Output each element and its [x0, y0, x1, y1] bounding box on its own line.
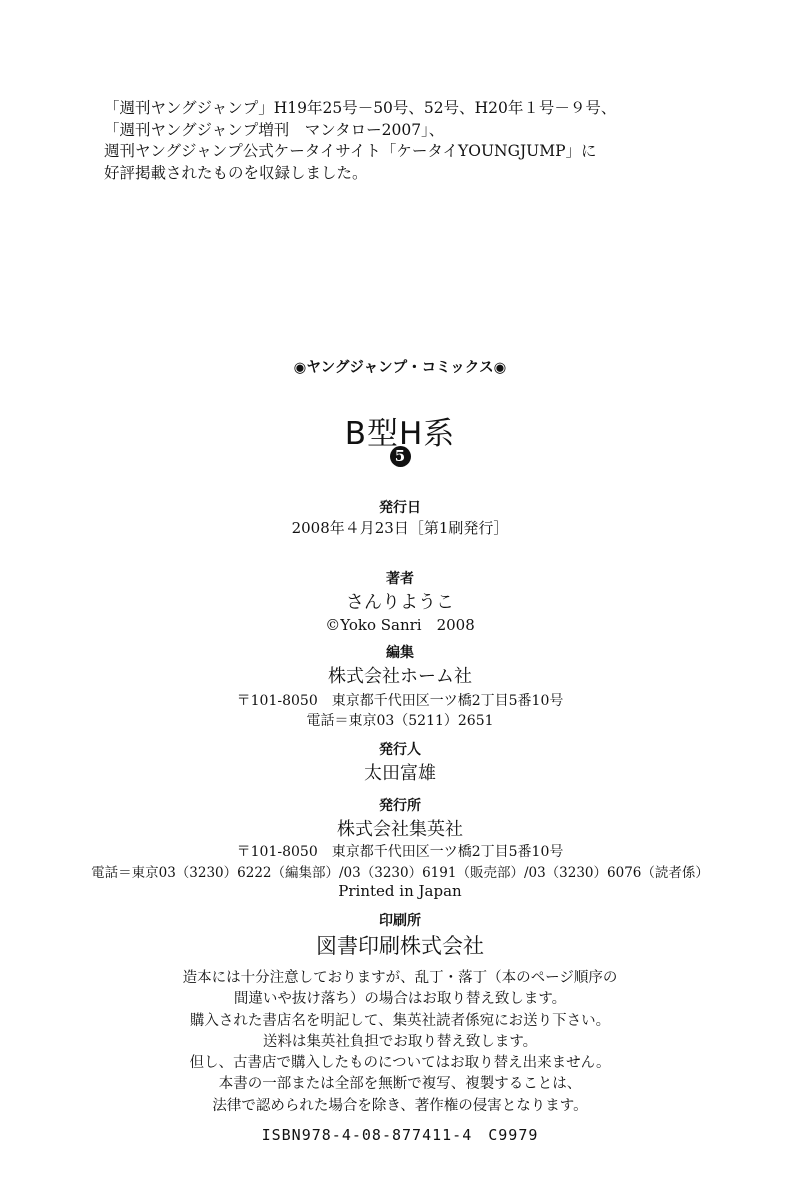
notice-line: 送料は集英社負担でお取り替え致します。	[0, 1032, 800, 1053]
printed-in: Printed in Japan	[0, 882, 800, 900]
author-copyright: ©Yoko Sanri 2008	[0, 614, 800, 635]
publication-date-label: 発行日	[0, 497, 800, 517]
notice-line: 購入された書店名を明記して、集英社読者係宛にお送り下さい。	[0, 1011, 800, 1032]
isbn: ISBN978-4-08-877411-4 C9979	[0, 1124, 800, 1145]
credits-line: 「週刊ヤングジャンプ増刊 マンタロー2007」、	[104, 120, 616, 142]
publisher-label: 発行所	[0, 795, 800, 815]
editor-label: 編集	[0, 642, 800, 662]
publisher-phone: 電話＝東京03（3230）6222（編集部）/03（3230）6191（販売部）…	[0, 861, 800, 881]
author-name: さんりようこ	[0, 588, 800, 614]
publisher-address: 〒101-8050 東京都千代田区一ツ橋2丁目5番10号	[0, 841, 800, 861]
credits-line: 「週刊ヤングジャンプ」H19年25号－50号、52号、H20年１号－９号、	[104, 98, 616, 120]
editor-company: 株式会社ホーム社	[0, 662, 800, 688]
notice-line: 本書の一部または全部を無断で複写、複製することは、	[0, 1074, 800, 1095]
credits-line: 好評掲載されたものを収録しました。	[104, 163, 616, 185]
notice-line: 間違いや抜け落ち）の場合はお取り替え致します。	[0, 989, 800, 1010]
credits-line: 週刊ヤングジャンプ公式ケータイサイト「ケータイYOUNGJUMP」に	[104, 141, 616, 163]
author-label: 著者	[0, 568, 800, 588]
volume-badge-wrap: 5	[0, 446, 800, 467]
volume-number-badge: 5	[390, 446, 411, 467]
notice-line: 法律で認められた場合を除き、著作権の侵害となります。	[0, 1096, 800, 1117]
serialization-credits: 「週刊ヤングジャンプ」H19年25号－50号、52号、H20年１号－９号、 「週…	[104, 98, 616, 184]
editor-phone: 電話＝東京03（5211）2651	[0, 710, 800, 730]
publisher-company: 株式会社集英社	[0, 815, 800, 841]
publication-date-value: 2008年４月23日［第1刷発行］	[0, 517, 800, 538]
printer-label: 印刷所	[0, 910, 800, 930]
publisher-person-label: 発行人	[0, 739, 800, 759]
notice-line: 但し、古書店で購入したものについてはお取り替え出来ません。	[0, 1053, 800, 1074]
printer-company: 図書印刷株式会社	[0, 930, 800, 960]
editor-address: 〒101-8050 東京都千代田区一ツ橋2丁目5番10号	[0, 690, 800, 710]
publisher-person-name: 太田富雄	[0, 759, 800, 785]
notice-line: 造本には十分注意しておりますが、乱丁・落丁（本のページ順序の	[0, 968, 800, 989]
series-label: ◉ヤングジャンプ・コミックス◉	[0, 356, 800, 377]
legal-notice: 造本には十分注意しておりますが、乱丁・落丁（本のページ順序の 間違いや抜け落ち）…	[0, 968, 800, 1117]
